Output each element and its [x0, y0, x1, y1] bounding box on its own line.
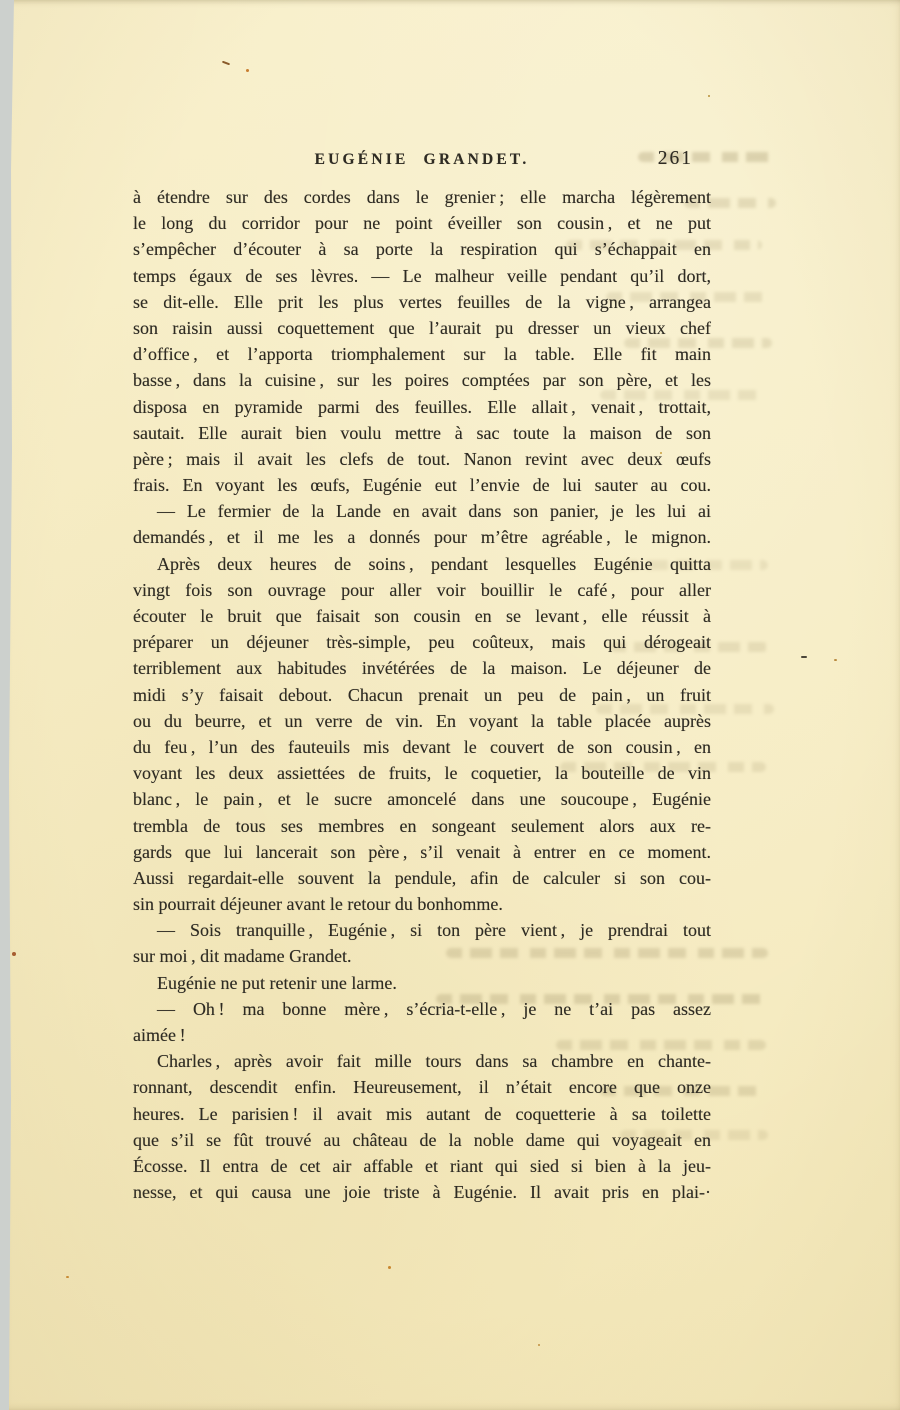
paper-speck [538, 1344, 540, 1346]
text-line: se dit-elle. Elle prit les plus vertes f… [133, 289, 711, 315]
text-line: Après deux heures de soins , pendant les… [133, 551, 711, 577]
book-page-paper: EUGÉNIE GRANDET. 261 à étendre sur des c… [0, 0, 900, 1410]
text-line: d’office , et l’apporta triomphalement s… [133, 341, 711, 367]
text-line: terriblement aux habitudes invétérées de… [133, 655, 711, 681]
paper-speck [66, 1276, 69, 1278]
text-line: du feu , l’un des fauteuils mis devant l… [133, 734, 711, 760]
text-line: vingt fois son ouvrage pour aller voir b… [133, 577, 711, 603]
text-line: gards que lui lancerait son père , s’il … [133, 839, 711, 865]
text-line: basse , dans la cuisine , sur les poires… [133, 367, 711, 393]
text-line: sin pourrait déjeuner avant le retour du… [133, 891, 711, 917]
text-line: père ; mais il avait les clefs de tout. … [133, 446, 711, 472]
text-line: — Oh ! ma bonne mère , s’écria-t-elle , … [133, 996, 711, 1022]
text-line: ronnant, descendit enfin. Heureusement, … [133, 1074, 711, 1100]
text-line: Charles , après avoir fait mille tours d… [133, 1048, 711, 1074]
page-number: 261 [658, 148, 693, 170]
text-line: Aussi regardait-elle souvent la pendule,… [133, 865, 711, 891]
paper-speck [801, 656, 807, 658]
text-line: sautait. Elle aurait bien voulu mettre à… [133, 420, 711, 446]
text-line: voyant les deux assiettées de fruits, le… [133, 760, 711, 786]
text-line: demandés , et il me les a donnés pour m’… [133, 524, 711, 550]
text-line: sur moi , dit madame Grandet. [133, 943, 711, 969]
text-line: Écosse. Il entra de cet air affable et r… [133, 1153, 711, 1179]
scanned-book-page: { "page": { "header": { "running_title":… [0, 0, 900, 1410]
paper-speck [388, 1266, 391, 1269]
text-line: à étendre sur des cordes dans le grenier… [133, 184, 711, 210]
text-line: écouter le bruit que faisait son cousin … [133, 603, 711, 629]
text-line: nesse, et qui causa une joie triste à Eu… [133, 1179, 711, 1205]
text-line: — Le fermier de la Lande en avait dans s… [133, 498, 711, 524]
text-line: son raisin aussi coquettement que l’aura… [133, 315, 711, 341]
paper-speck [246, 69, 249, 72]
text-line: Eugénie ne put retenir une larme. [133, 970, 711, 996]
text-line: trembla de tous ses membres en songeant … [133, 813, 711, 839]
page-header: EUGÉNIE GRANDET. 261 [133, 148, 711, 174]
body-text: à étendre sur des cordes dans le grenier… [133, 184, 711, 1205]
paper-speck [222, 61, 230, 66]
text-line: ou du beurre, et un verre de vin. En voy… [133, 708, 711, 734]
paper-speck [12, 952, 16, 956]
text-line: — Sois tranquille , Eugénie , si ton pèr… [133, 917, 711, 943]
paper-speck [708, 95, 710, 97]
text-line: aimée ! [133, 1022, 711, 1048]
running-title: EUGÉNIE GRANDET. [133, 151, 711, 169]
text-line: s’empêcher d’écouter à sa porte la respi… [133, 236, 711, 262]
text-line: midi s’y faisait debout. Chacun prenait … [133, 682, 711, 708]
text-line: préparer un déjeuner très-simple, peu co… [133, 629, 711, 655]
text-line: disposa en pyramide parmi des feuilles. … [133, 394, 711, 420]
text-line: temps égaux de ses lèvres. — Le malheur … [133, 263, 711, 289]
text-line: heures. Le parisien ! il avait mis autan… [133, 1101, 711, 1127]
text-line: que s’il se fût trouvé au château de la … [133, 1127, 711, 1153]
text-line: le long du corridor pour ne point éveill… [133, 210, 711, 236]
text-line: frais. En voyant les œufs, Eugénie eut l… [133, 472, 711, 498]
text-line: blanc , le pain , et le sucre amoncelé d… [133, 786, 711, 812]
paper-speck [834, 659, 837, 661]
